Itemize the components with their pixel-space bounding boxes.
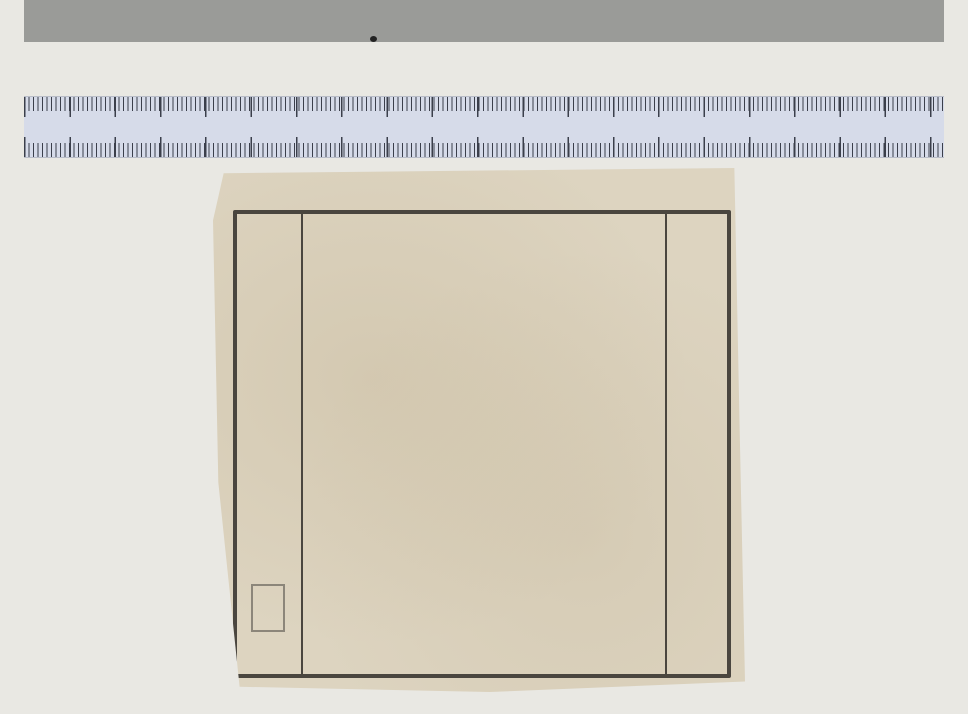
- ruler-ticks-bottom: [24, 143, 944, 157]
- title-panel: [665, 214, 727, 674]
- brand-panel: [237, 214, 303, 674]
- grayscale-label-strip: [24, 0, 944, 42]
- color-calibration-scale: [24, 0, 944, 158]
- printed-border-frame: [233, 210, 731, 678]
- body-text: [307, 220, 661, 668]
- measuring-ruler: [24, 96, 944, 158]
- ruler-ticks-top: [24, 97, 944, 111]
- woodblock-advertisement-sheet: [213, 168, 745, 692]
- seal-stamp-icon: [251, 584, 285, 632]
- grayscale-patches: [24, 42, 944, 96]
